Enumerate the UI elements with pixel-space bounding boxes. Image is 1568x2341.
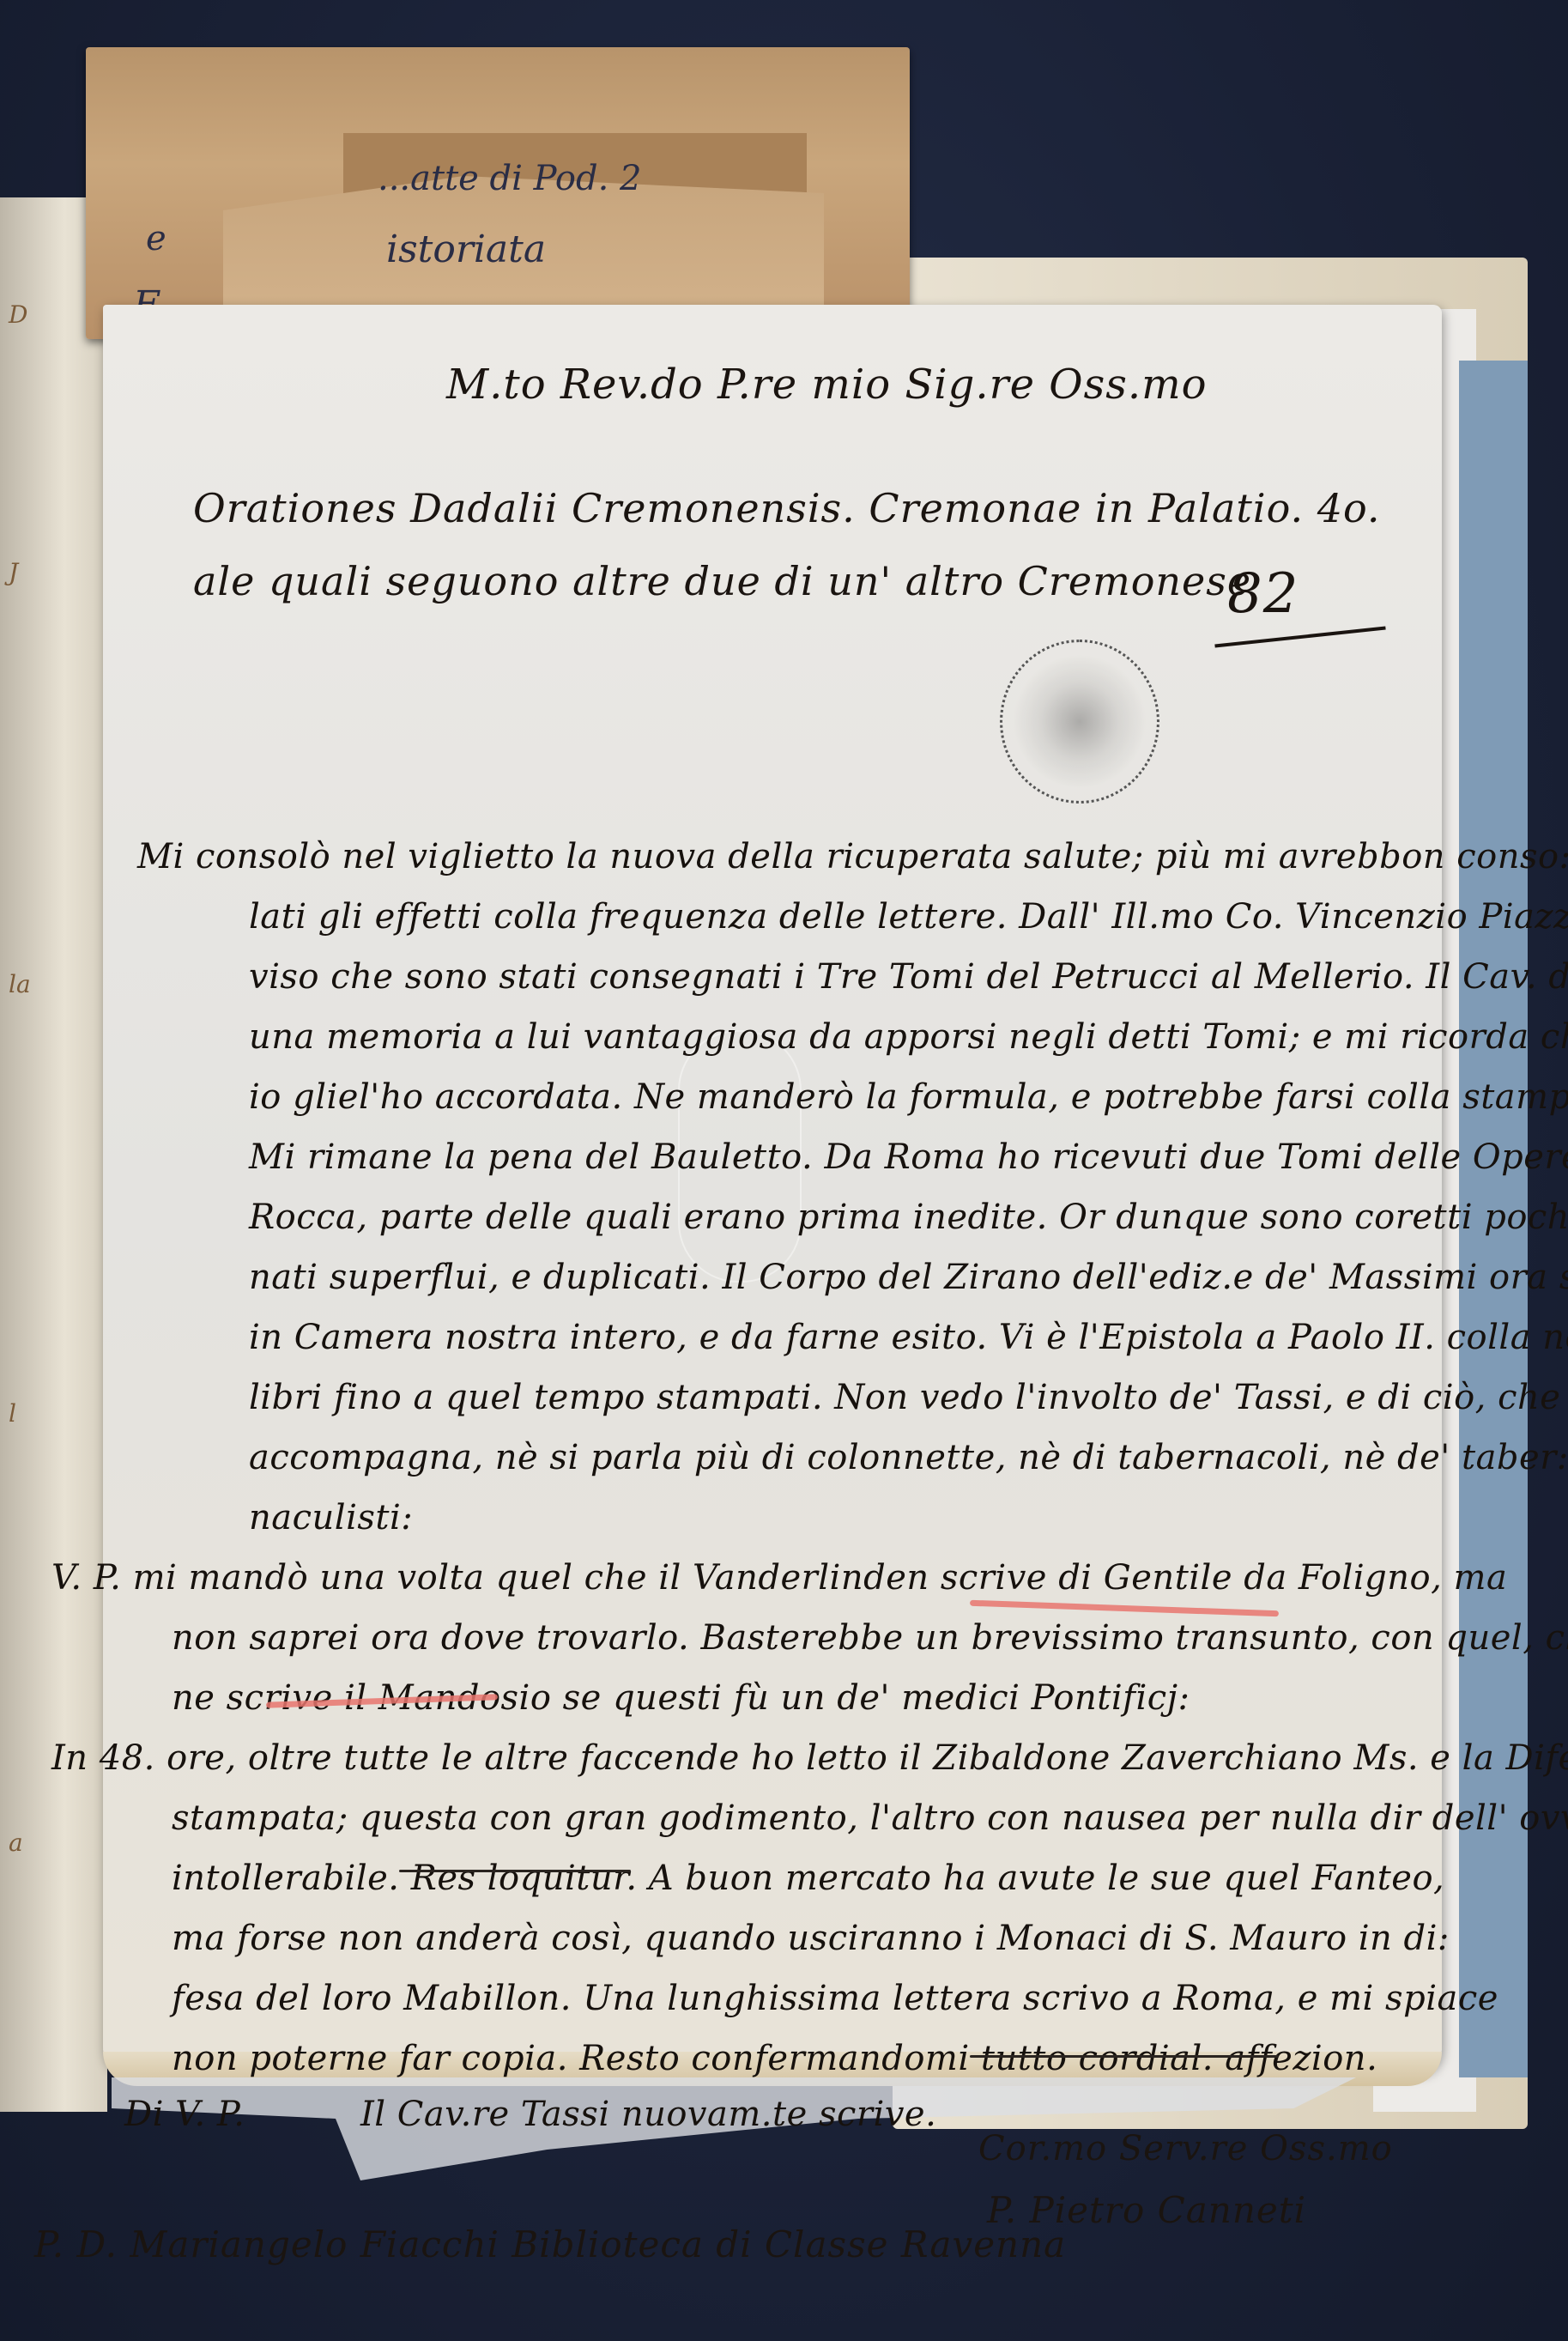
- left-facing-page: D J la l a: [0, 197, 107, 2112]
- left-page-mark: l: [9, 1399, 16, 1428]
- body-line: ma forse non anderà così, quando usciran…: [172, 1919, 1450, 1958]
- library-stamp: [1000, 640, 1159, 804]
- body-line: Mi rimane la pena del Bauletto. Da Roma …: [249, 1137, 1568, 1177]
- body-line: lati gli effetti colla frequenza delle l…: [249, 897, 1568, 937]
- body-line: non poterne far copia. Resto confermando…: [172, 2039, 1377, 2078]
- body-line: libri fino a quel tempo stampati. Non ve…: [249, 1378, 1568, 1417]
- body-line: in Camera nostra intero, e da farne esit…: [249, 1318, 1568, 1357]
- body-line: nati superflui, e duplicati. Il Corpo de…: [249, 1258, 1568, 1297]
- envelope-label: ...atte di Pod. 2: [378, 159, 642, 198]
- body-line: stampata; questa con gran godimento, l'a…: [172, 1798, 1568, 1838]
- title-line: Orationes Dadalii Cremonensis. Cremonae …: [193, 485, 1381, 531]
- envelope-folder: ...atte di Pod. 2 istoriata e F: [86, 47, 910, 339]
- folio-number: 82: [1227, 562, 1299, 626]
- envelope-label-istoriata: istoriata: [386, 227, 546, 271]
- body-line: ne scrive il Mandosio se questi fù un de…: [172, 1678, 1190, 1718]
- underline-res-loquitur: [399, 1870, 631, 1872]
- body-line: Rocca, parte delle quali erano prima ine…: [249, 1198, 1568, 1237]
- body-line: In 48. ore, oltre tutte le altre faccend…: [51, 1738, 1568, 1778]
- addressee: P. D. Mariangelo Fiacchi Biblioteca di C…: [34, 2223, 1066, 2265]
- body-line: viso che sono stati consegnati i Tre Tom…: [249, 957, 1568, 997]
- body-line: accompagna, nè si parla più di colonnett…: [249, 1438, 1568, 1477]
- body-line: una memoria a lui vantaggiosa da apporsi…: [249, 1017, 1568, 1057]
- body-line: Mi consolò nel viglietto la nuova della …: [137, 837, 1568, 876]
- body-line: naculisti:: [249, 1498, 413, 1537]
- left-page-mark: D: [9, 300, 27, 329]
- title-line: ale quali seguono altre due di un' altro…: [193, 558, 1251, 604]
- body-line: V. P. mi mandò una volta quel che il Van…: [51, 1558, 1507, 1598]
- underline-cordial: [970, 2055, 1279, 2058]
- body-line: Il Cav.re Tassi nuovam.te scrive.: [360, 2095, 936, 2134]
- body-line: Di V. P.: [124, 2095, 245, 2134]
- salutation: M.to Rev.do P.re mio Sig.re Oss.mo: [446, 361, 1208, 409]
- body-line: fesa del loro Mabillon. Una lunghissima …: [172, 1979, 1498, 2018]
- left-page-mark: J: [9, 558, 18, 586]
- body-line: io gliel'ho accordata. Ne manderò la for…: [249, 1077, 1568, 1117]
- closing-line: Cor.mo Serv.re Oss.mo: [978, 2129, 1393, 2168]
- envelope-margin-mark: e: [146, 219, 166, 258]
- left-page-mark: la: [9, 970, 31, 998]
- left-page-mark: a: [9, 1829, 23, 1857]
- body-line: intollerabile. Res loquitur. A buon merc…: [172, 1859, 1444, 1898]
- body-line: non saprei ora dove trovarlo. Basterebbe…: [172, 1618, 1568, 1658]
